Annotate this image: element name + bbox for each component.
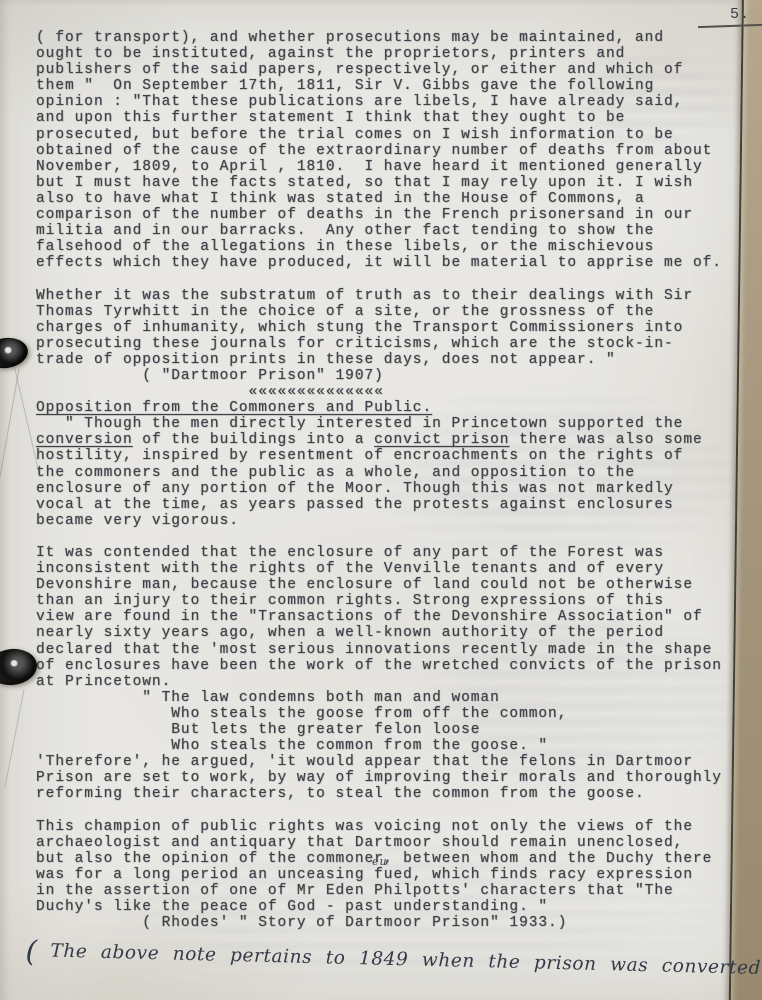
typed-line: archaeologist and antiquary that Dartmoo… [36,835,736,851]
typed-line [36,529,736,545]
typed-line: Thomas Tyrwhitt in the choice of a site,… [36,304,736,320]
typed-line: militia and in our barracks. Any other f… [36,223,736,239]
typed-line: «««««««««««««« [36,384,736,400]
typewritten-text: ( for transport), and whether prosecutio… [36,30,736,931]
typed-line: inconsistent with the rights of the Venv… [36,561,736,577]
typed-line: obtained of the cause of the extraordina… [36,143,736,159]
typed-line: ( for transport), and whether prosecutio… [36,30,736,46]
typed-line: hostility, inspired by resentment of enc… [36,448,736,464]
typed-line: vocal at the time, as years passed the p… [36,497,736,513]
typed-line: Devonshire man, because the enclosure of… [36,577,736,593]
typed-line: but I must have the facts stated, so tha… [36,175,736,191]
note-open-paren: ( [25,934,37,968]
typed-line: in the assertion of one of Mr Eden Philp… [36,883,736,899]
typed-line: at Princetown. [36,674,736,690]
typed-line: also to have what I think was stated in … [36,191,736,207]
note-text: The above note pertains to 1849 when the… [50,941,762,980]
typed-line: publishers of the said papers, respectiv… [36,62,736,78]
typed-line: the commoners and the public as a whole,… [36,465,736,481]
typed-line: Opposition from the Commoners and Public… [36,400,736,416]
typed-line: Prison are set to work, by way of improv… [36,770,736,786]
typed-line: enclosure of any portion of the Moor. Th… [36,481,736,497]
page-number: 5. [730,6,750,24]
typed-line: reforming their characters, to steal the… [36,786,736,802]
underlined-text: conversion [36,432,133,448]
binding-hole-bottom [0,646,39,687]
typed-line: view are found in the "Transactions of t… [36,609,736,625]
typed-line: This champion of public rights was voici… [36,819,736,835]
hole-glint [3,346,13,354]
hole-glint [9,659,19,667]
typed-line: declared that the 'most serious innovati… [36,642,736,658]
pencil-mark [4,689,24,787]
typed-line: opinion : "That these publications are l… [36,94,736,110]
handwritten-annotation: ( The above note pertains to 1849 when t… [25,934,738,985]
pencil-mark [0,369,20,478]
typed-correction: eu [372,855,388,868]
typed-line: " Though the men directly interested in … [36,416,736,432]
typed-line: " The law condemns both man and woman [36,690,736,706]
scanned-document-page: { "page": { "number": "5.", "colors": { … [0,0,762,1000]
typed-line: was for a long period an unceasing fued,… [36,867,736,883]
typed-line: But lets the greater felon loose [36,722,736,738]
typed-line: ( Rhodes' " Story of Dartmoor Prison" 19… [36,915,736,931]
typed-line: Who steals the goose from off the common… [36,706,736,722]
page-number-underline [698,24,762,28]
typed-line: November, 1809, to April , 1810. I have … [36,159,736,175]
typed-line: became very vigorous. [36,513,736,529]
typed-line: and upon this further statement I think … [36,110,736,126]
typed-line: charges of inhumanity, which stung the T… [36,320,736,336]
typed-line: than an injury to their common rights. S… [36,593,736,609]
typed-line: trade of opposition prints in these days… [36,352,736,368]
underlined-text: convict prison [374,432,509,448]
typed-line: Whether it was the substratum of truth a… [36,288,736,304]
typed-line: them " On September 17th, 1811, Sir V. G… [36,78,736,94]
typed-line: falsehood of the allegations in these li… [36,239,736,255]
typed-line: nearly sixty years ago, when a well-know… [36,625,736,641]
typed-line: ought to be instituted, against the prop… [36,46,736,62]
typed-line: comparison of the number of deaths in th… [36,207,736,223]
typed-line: Duchy's like the peace of God - past und… [36,899,736,915]
typed-line: ( "Dartmoor Prison" 1907) [36,368,736,384]
typed-line: effects which they have produced, it wil… [36,255,736,271]
typed-line [36,803,736,819]
typed-line [36,271,736,287]
typed-line: 'Therefore', he argued, 'it would appear… [36,754,736,770]
typed-line: conversion of the buildings into a convi… [36,432,736,448]
typed-line: prosecuting these journals for criticism… [36,336,736,352]
typed-line: prosecuted, but before the trial comes o… [36,127,736,143]
underlined-text: Opposition from the Commoners and Public… [36,400,432,416]
typed-line: It was contended that the enclosure of a… [36,545,736,561]
typed-line: Who steals the common from the goose. " [36,738,736,754]
typed-line: of enclosures have been the work of the … [36,658,736,674]
binding-hole-top [0,335,30,371]
